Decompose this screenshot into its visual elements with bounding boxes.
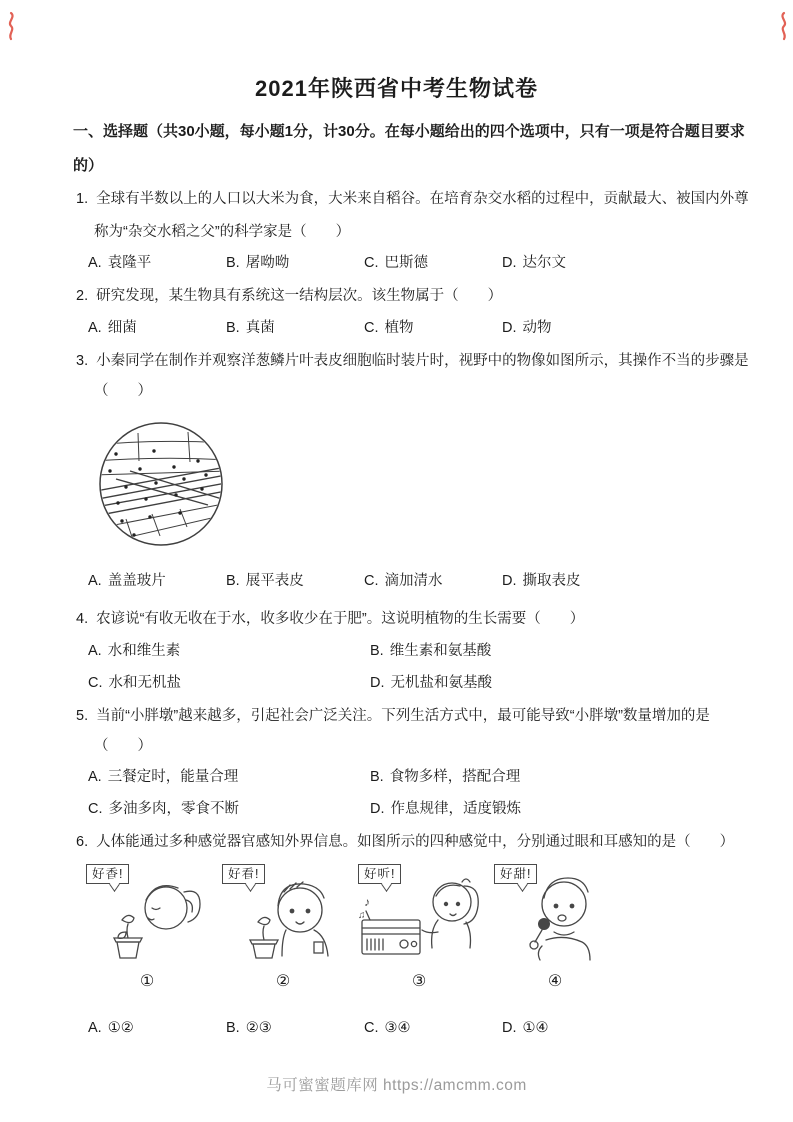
option-d: D.作息规律，适度锻炼 xyxy=(370,797,521,821)
option-c: C.水和无机盐 xyxy=(88,671,370,695)
question-2: 2.研究发现，某生物具有系统这一结构层次。该生物属于（ ） A.细菌 B.真菌 … xyxy=(0,284,793,340)
speech-bubble: 好香! xyxy=(86,864,129,884)
exam-paper-page: 2021年陕西省中考生物试卷 一、选择题（共30小题，每小题1分，计30分。在每… xyxy=(0,0,793,1122)
option-text: 盖盖玻片 xyxy=(108,573,166,589)
option-a: A.盖盖玻片 xyxy=(88,569,226,593)
option-d: D.无机盐和氨基酸 xyxy=(370,671,492,695)
option-b: B.食物多样，搭配合理 xyxy=(370,765,520,789)
red-pen-mark-top-left xyxy=(4,11,18,41)
option-label: C. xyxy=(364,255,379,271)
option-d: D.撕取表皮 xyxy=(502,569,581,593)
option-text: 作息规律，适度锻炼 xyxy=(391,801,522,817)
option-label: D. xyxy=(502,255,517,271)
question-number: 6. xyxy=(76,834,88,850)
options-row: C.水和无机盐 D.无机盐和氨基酸 xyxy=(88,671,763,695)
option-text: 达尔文 xyxy=(523,255,567,271)
option-label: A. xyxy=(88,1020,102,1036)
option-c: C.巴斯德 xyxy=(364,251,502,275)
option-label: B. xyxy=(370,643,384,659)
svg-text:♪: ♪ xyxy=(364,895,370,909)
option-a: A.袁隆平 xyxy=(88,251,226,275)
option-text: 真菌 xyxy=(246,320,275,336)
panel-number: ④ xyxy=(492,970,618,994)
option-text: 水和维生素 xyxy=(108,643,181,659)
question-line: 1.全球有半数以上的人口以大米为食，大米来自稻谷。在培育杂交水稻的过程中，贡献最… xyxy=(76,187,759,211)
question-text: 当前“小胖墩”越来越多，引起社会广泛关注。下列生活方式中，最可能导致“小胖墩”数… xyxy=(96,708,710,724)
option-label: B. xyxy=(226,1020,240,1036)
option-label: A. xyxy=(88,643,102,659)
question-text: 全球有半数以上的人口以大米为食，大米来自稻谷。在培育杂交水稻的过程中，贡献最大、… xyxy=(96,191,749,207)
option-label: A. xyxy=(88,573,102,589)
question-text: 人体能通过多种感觉器官感知外界信息。如图所示的四种感觉中，分别通过眼和耳感知的是… xyxy=(96,834,734,850)
question-number: 1. xyxy=(76,191,88,207)
options-row: A.袁隆平 B.屠呦呦 C.巴斯德 D.达尔文 xyxy=(88,251,763,275)
option-text: 动物 xyxy=(523,320,552,336)
red-pen-mark-top-right xyxy=(777,11,791,41)
question-text: （ ） xyxy=(94,379,759,403)
question-5: 5.当前“小胖墩”越来越多，引起社会广泛关注。下列生活方式中，最可能导致“小胖墩… xyxy=(0,704,793,821)
option-label: D. xyxy=(502,573,517,589)
figure-panel-2: 好看! ② xyxy=(220,864,346,994)
option-label: C. xyxy=(364,573,379,589)
option-text: ②③ xyxy=(246,1020,272,1036)
question-number: 4. xyxy=(76,611,88,627)
option-c: C.滴加清水 xyxy=(364,569,502,593)
option-label: D. xyxy=(502,320,517,336)
question-text: 农谚说“有收无收在于水，收多收少在于肥”。这说明植物的生长需要（ ） xyxy=(96,611,584,627)
option-text: 屠呦呦 xyxy=(246,255,290,271)
option-label: C. xyxy=(364,320,379,336)
option-text: ③④ xyxy=(385,1020,411,1036)
option-c: C.③④ xyxy=(364,1016,502,1040)
options-row: A.水和维生素 B.维生素和氨基酸 xyxy=(88,639,763,663)
question-number: 2. xyxy=(76,288,88,304)
question-line: 4.农谚说“有收无收在于水，收多收少在于肥”。这说明植物的生长需要（ ） xyxy=(76,607,759,631)
question-4: 4.农谚说“有收无收在于水，收多收少在于肥”。这说明植物的生长需要（ ） A.水… xyxy=(0,607,793,695)
option-label: B. xyxy=(226,573,240,589)
watermark-site-text: 马可蜜蜜题库网 https://amcmm.com xyxy=(0,1074,793,1098)
panel-number: ① xyxy=(84,970,210,994)
option-b: B.展平表皮 xyxy=(226,569,364,593)
option-text: ①④ xyxy=(523,1020,549,1036)
section-header-line2: 的） xyxy=(73,154,757,178)
figure-panel-4: 好甜! ④ xyxy=(492,864,618,994)
option-label: B. xyxy=(370,769,384,785)
speech-bubble: 好听! xyxy=(358,864,401,884)
question-text: 研究发现，某生物具有系统这一结构层次。该生物属于（ ） xyxy=(96,288,502,304)
option-d: D.①④ xyxy=(502,1016,549,1040)
option-text: 无机盐和氨基酸 xyxy=(391,675,493,691)
options-row: A.盖盖玻片 B.展平表皮 C.滴加清水 D.撕取表皮 xyxy=(88,569,763,593)
option-label: B. xyxy=(226,255,240,271)
page-title: 2021年陕西省中考生物试卷 xyxy=(0,74,793,104)
option-c: C.多油多肉，零食不断 xyxy=(88,797,370,821)
option-label: D. xyxy=(370,801,385,817)
figure-panel-3: 好听! ♪ ♫ xyxy=(356,864,482,994)
options-row: C.多油多肉，零食不断 D.作息规律，适度锻炼 xyxy=(88,797,763,821)
option-text: 细菌 xyxy=(108,320,137,336)
question-text: （ ） xyxy=(94,734,759,758)
options-row: A.①② B.②③ C.③④ D.①④ xyxy=(88,1016,763,1040)
option-label: A. xyxy=(88,769,102,785)
option-label: A. xyxy=(88,255,102,271)
four-senses-figure: 好香! ① 好看! xyxy=(84,864,793,994)
option-label: C. xyxy=(364,1020,379,1036)
option-b: B.②③ xyxy=(226,1016,364,1040)
option-text: 袁隆平 xyxy=(108,255,152,271)
microscope-view-figure xyxy=(86,409,236,559)
option-a: A.水和维生素 xyxy=(88,639,370,663)
option-text: 多油多肉，零食不断 xyxy=(109,801,240,817)
figure-panel-1: 好香! ① xyxy=(84,864,210,994)
option-text: 食物多样，搭配合理 xyxy=(390,769,521,785)
option-d: D.达尔文 xyxy=(502,251,566,275)
question-line: 3.小秦同学在制作并观察洋葱鳞片叶表皮细胞临时装片时，视野中的物像如图所示，其操… xyxy=(76,349,759,373)
option-text: 巴斯德 xyxy=(385,255,429,271)
option-a: A.细菌 xyxy=(88,316,226,340)
question-3: 3.小秦同学在制作并观察洋葱鳞片叶表皮细胞临时装片时，视野中的物像如图所示，其操… xyxy=(0,349,793,593)
option-label: D. xyxy=(370,675,385,691)
panel-number: ② xyxy=(220,970,346,994)
option-label: B. xyxy=(226,320,240,336)
option-text: 维生素和氨基酸 xyxy=(390,643,492,659)
question-line: 2.研究发现，某生物具有系统这一结构层次。该生物属于（ ） xyxy=(76,284,759,308)
option-label: D. xyxy=(502,1020,517,1036)
question-text: 称为“杂交水稻之父”的科学家是（ ） xyxy=(94,220,759,244)
option-b: B.真菌 xyxy=(226,316,364,340)
options-row: A.细菌 B.真菌 C.植物 D.动物 xyxy=(88,316,763,340)
option-b: B.维生素和氨基酸 xyxy=(370,639,491,663)
question-text: 小秦同学在制作并观察洋葱鳞片叶表皮细胞临时装片时，视野中的物像如图所示，其操作不… xyxy=(96,353,749,369)
option-label: A. xyxy=(88,320,102,336)
option-label: C. xyxy=(88,801,103,817)
option-b: B.屠呦呦 xyxy=(226,251,364,275)
option-text: 三餐定时，能量合理 xyxy=(108,769,239,785)
question-line: 6.人体能通过多种感觉器官感知外界信息。如图所示的四种感觉中，分别通过眼和耳感知… xyxy=(76,830,759,854)
option-label: C. xyxy=(88,675,103,691)
options-row: A.三餐定时，能量合理 B.食物多样，搭配合理 xyxy=(88,765,763,789)
option-text: 展平表皮 xyxy=(246,573,304,589)
panel-number: ③ xyxy=(356,970,482,994)
speech-bubble: 好甜! xyxy=(494,864,537,884)
question-6: 6.人体能通过多种感觉器官感知外界信息。如图所示的四种感觉中，分别通过眼和耳感知… xyxy=(0,830,793,1040)
option-text: 水和无机盐 xyxy=(109,675,182,691)
section-header-line1: 一、选择题（共30小题，每小题1分，计30分。在每小题给出的四个选项中，只有一项… xyxy=(73,120,757,144)
option-text: 植物 xyxy=(385,320,414,336)
question-number: 3. xyxy=(76,353,88,369)
svg-text:♫: ♫ xyxy=(358,910,366,921)
question-number: 5. xyxy=(76,708,88,724)
option-c: C.植物 xyxy=(364,316,502,340)
option-text: ①② xyxy=(108,1020,134,1036)
option-text: 滴加清水 xyxy=(385,573,443,589)
option-text: 撕取表皮 xyxy=(523,573,581,589)
option-a: A.①② xyxy=(88,1016,226,1040)
option-d: D.动物 xyxy=(502,316,552,340)
question-1: 1.全球有半数以上的人口以大米为食，大米来自稻谷。在培育杂交水稻的过程中，贡献最… xyxy=(0,187,793,275)
question-line: 5.当前“小胖墩”越来越多，引起社会广泛关注。下列生活方式中，最可能导致“小胖墩… xyxy=(76,704,759,728)
speech-bubble: 好看! xyxy=(222,864,265,884)
option-a: A.三餐定时，能量合理 xyxy=(88,765,370,789)
